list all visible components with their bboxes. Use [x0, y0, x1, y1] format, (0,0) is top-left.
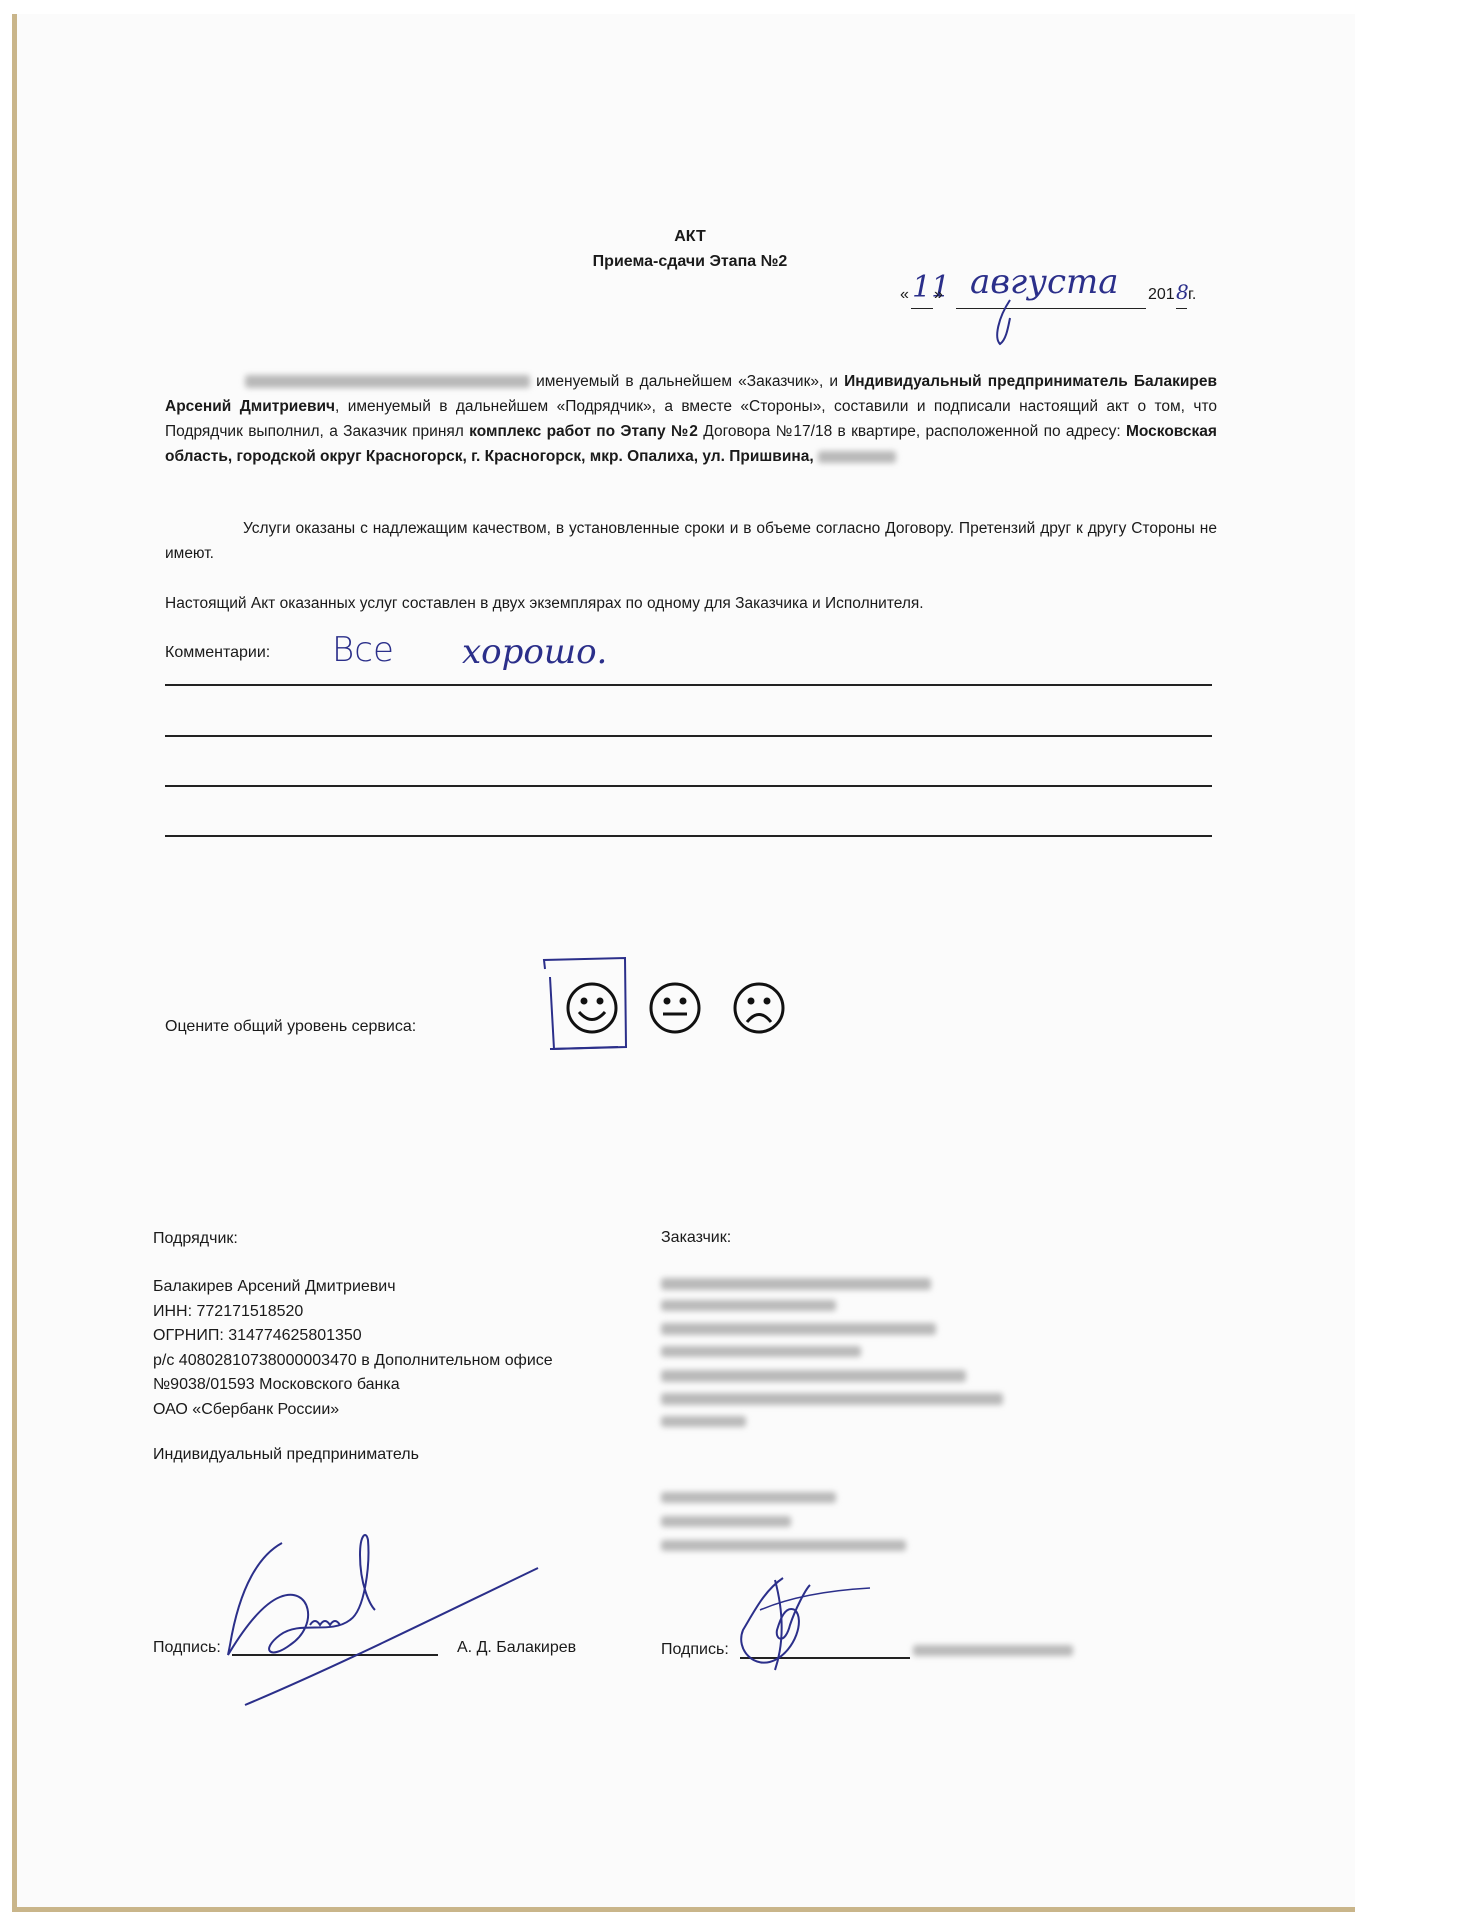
copies-paragraph: Настоящий Акт оказанных услуг составлен …	[165, 591, 1217, 616]
redacted-customer-signature-name	[913, 1645, 1073, 1656]
parties-paragraph: именуемый в дальнейшем «Заказчик», и Инд…	[165, 369, 1217, 469]
comment-line[interactable]	[165, 735, 1212, 737]
date-day: 11	[912, 270, 950, 305]
rating-label: Оцените общий уровень сервиса:	[165, 1018, 416, 1036]
date-month-flourish	[992, 298, 1022, 348]
customer-contacts-redacted	[661, 1492, 931, 1562]
comment-line[interactable]	[165, 684, 1212, 686]
date-month: августа	[970, 262, 1119, 302]
comment-line[interactable]	[165, 785, 1212, 787]
neutral-face-icon[interactable]	[648, 981, 702, 1035]
contractor-signature-label: Подпись:	[153, 1636, 221, 1661]
happy-face-icon[interactable]	[565, 981, 619, 1035]
customer-heading: Заказчик:	[661, 1226, 731, 1251]
contractor-heading: Подрядчик:	[153, 1227, 238, 1252]
comments-label: Комментарии:	[165, 644, 270, 662]
date-year-digit: 8	[1176, 280, 1189, 304]
comment-line[interactable]	[165, 835, 1212, 837]
customer-signature-label: Подпись:	[661, 1638, 729, 1663]
redacted-apartment	[818, 451, 896, 463]
redacted-customer-name	[245, 375, 530, 388]
date-field: « 11 » августа 201 8 г.	[900, 268, 1210, 348]
contractor-requisites: Балакирев Арсений Дмитриевич ИНН: 772171…	[153, 1275, 553, 1422]
sad-face-icon[interactable]	[732, 981, 786, 1035]
quality-paragraph: Услуги оказаны с надлежащим качеством, в…	[165, 516, 1217, 566]
customer-signature	[735, 1570, 885, 1680]
contractor-signature	[220, 1525, 550, 1715]
customer-requisites-redacted	[661, 1278, 1011, 1448]
document-title: АКТ	[0, 228, 1380, 246]
comments-handwritten-1: Все	[332, 630, 394, 670]
comments-handwritten-2: хорошо.	[462, 632, 607, 672]
contractor-status: Индивидуальный предприниматель	[153, 1443, 419, 1468]
